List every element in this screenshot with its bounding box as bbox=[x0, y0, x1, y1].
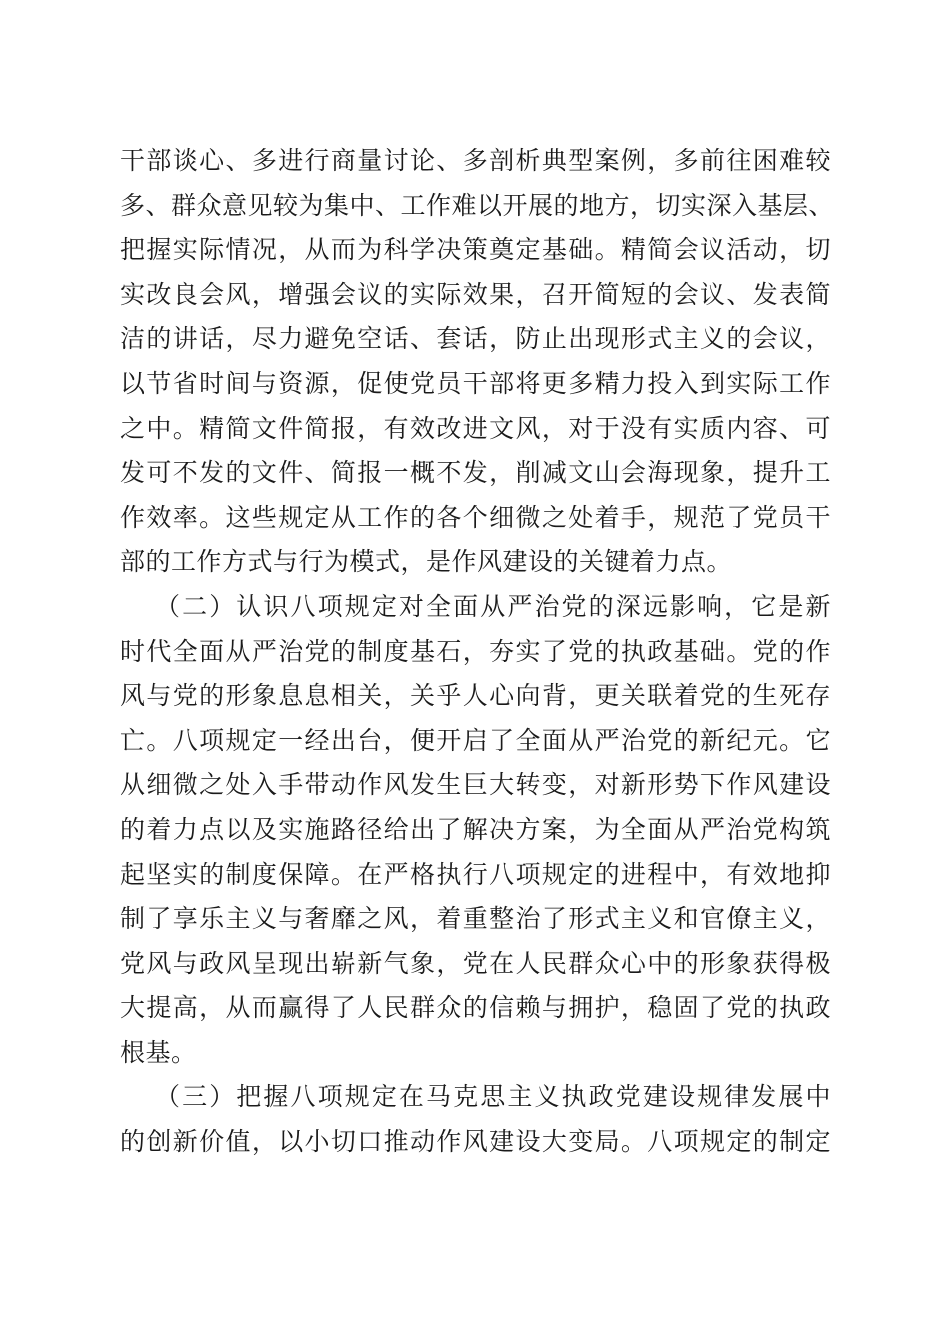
text-line: （三）把握八项规定在马克思主义执政党建设规律发展中 bbox=[120, 1076, 831, 1121]
paragraph-section-2: （二）认识八项规定对全面从严治党的深远影响，它是新 时代全面从严治党的制度基石，… bbox=[120, 586, 831, 1077]
text-line: 把握实际情况，从而为科学决策奠定基础。精简会议活动，切 bbox=[120, 229, 831, 274]
text-line: 大提高，从而赢得了人民群众的信赖与拥护，稳固了党的执政 bbox=[120, 987, 831, 1032]
text-line: 洁的讲话，尽力避免空话、套话，防止出现形式主义的会议， bbox=[120, 318, 831, 363]
text-line: 亡。八项规定一经出台，便开启了全面从严治党的新纪元。它 bbox=[120, 720, 831, 765]
text-line: 的创新价值，以小切口推动作风建设大变局。八项规定的制定 bbox=[120, 1121, 831, 1166]
document-body: 干部谈心、多进行商量讨论、多剖析典型案例，多前往困难较 多、群众意见较为集中、工… bbox=[120, 140, 831, 1166]
text-line: 发可不发的文件、简报一概不发，削减文山会海现象，提升工 bbox=[120, 452, 831, 497]
text-line: 作效率。这些规定从工作的各个细微之处着手，规范了党员干 bbox=[120, 497, 831, 542]
text-line: 根基。 bbox=[120, 1032, 831, 1077]
text-line: 以节省时间与资源，促使党员干部将更多精力投入到实际工作 bbox=[120, 363, 831, 408]
text-line: 党风与政风呈现出崭新气象，党在人民群众心中的形象获得极 bbox=[120, 943, 831, 988]
text-line: 时代全面从严治党的制度基石，夯实了党的执政基础。党的作 bbox=[120, 631, 831, 676]
text-line: 的着力点以及实施路径给出了解决方案，为全面从严治党构筑 bbox=[120, 809, 831, 854]
text-line: 风与党的形象息息相关，关乎人心向背，更关联着党的生死存 bbox=[120, 675, 831, 720]
document-page: 干部谈心、多进行商量讨论、多剖析典型案例，多前往困难较 多、群众意见较为集中、工… bbox=[0, 0, 950, 1344]
text-line: 部的工作方式与行为模式，是作风建设的关键着力点。 bbox=[120, 541, 831, 586]
text-line: （二）认识八项规定对全面从严治党的深远影响，它是新 bbox=[120, 586, 831, 631]
text-line: 多、群众意见较为集中、工作难以开展的地方，切实深入基层、 bbox=[120, 185, 831, 230]
text-line: 起坚实的制度保障。在严格执行八项规定的进程中，有效地抑 bbox=[120, 854, 831, 899]
paragraph: 干部谈心、多进行商量讨论、多剖析典型案例，多前往困难较 多、群众意见较为集中、工… bbox=[120, 140, 831, 586]
text-line: 之中。精简文件简报，有效改进文风，对于没有实质内容、可 bbox=[120, 408, 831, 453]
text-line: 从细微之处入手带动作风发生巨大转变，对新形势下作风建设 bbox=[120, 764, 831, 809]
paragraph-section-3: （三）把握八项规定在马克思主义执政党建设规律发展中 的创新价值，以小切口推动作风… bbox=[120, 1076, 831, 1165]
text-line: 实改良会风，增强会议的实际效果，召开简短的会议、发表简 bbox=[120, 274, 831, 319]
text-line: 干部谈心、多进行商量讨论、多剖析典型案例，多前往困难较 bbox=[120, 140, 831, 185]
text-line: 制了享乐主义与奢靡之风，着重整治了形式主义和官僚主义， bbox=[120, 898, 831, 943]
